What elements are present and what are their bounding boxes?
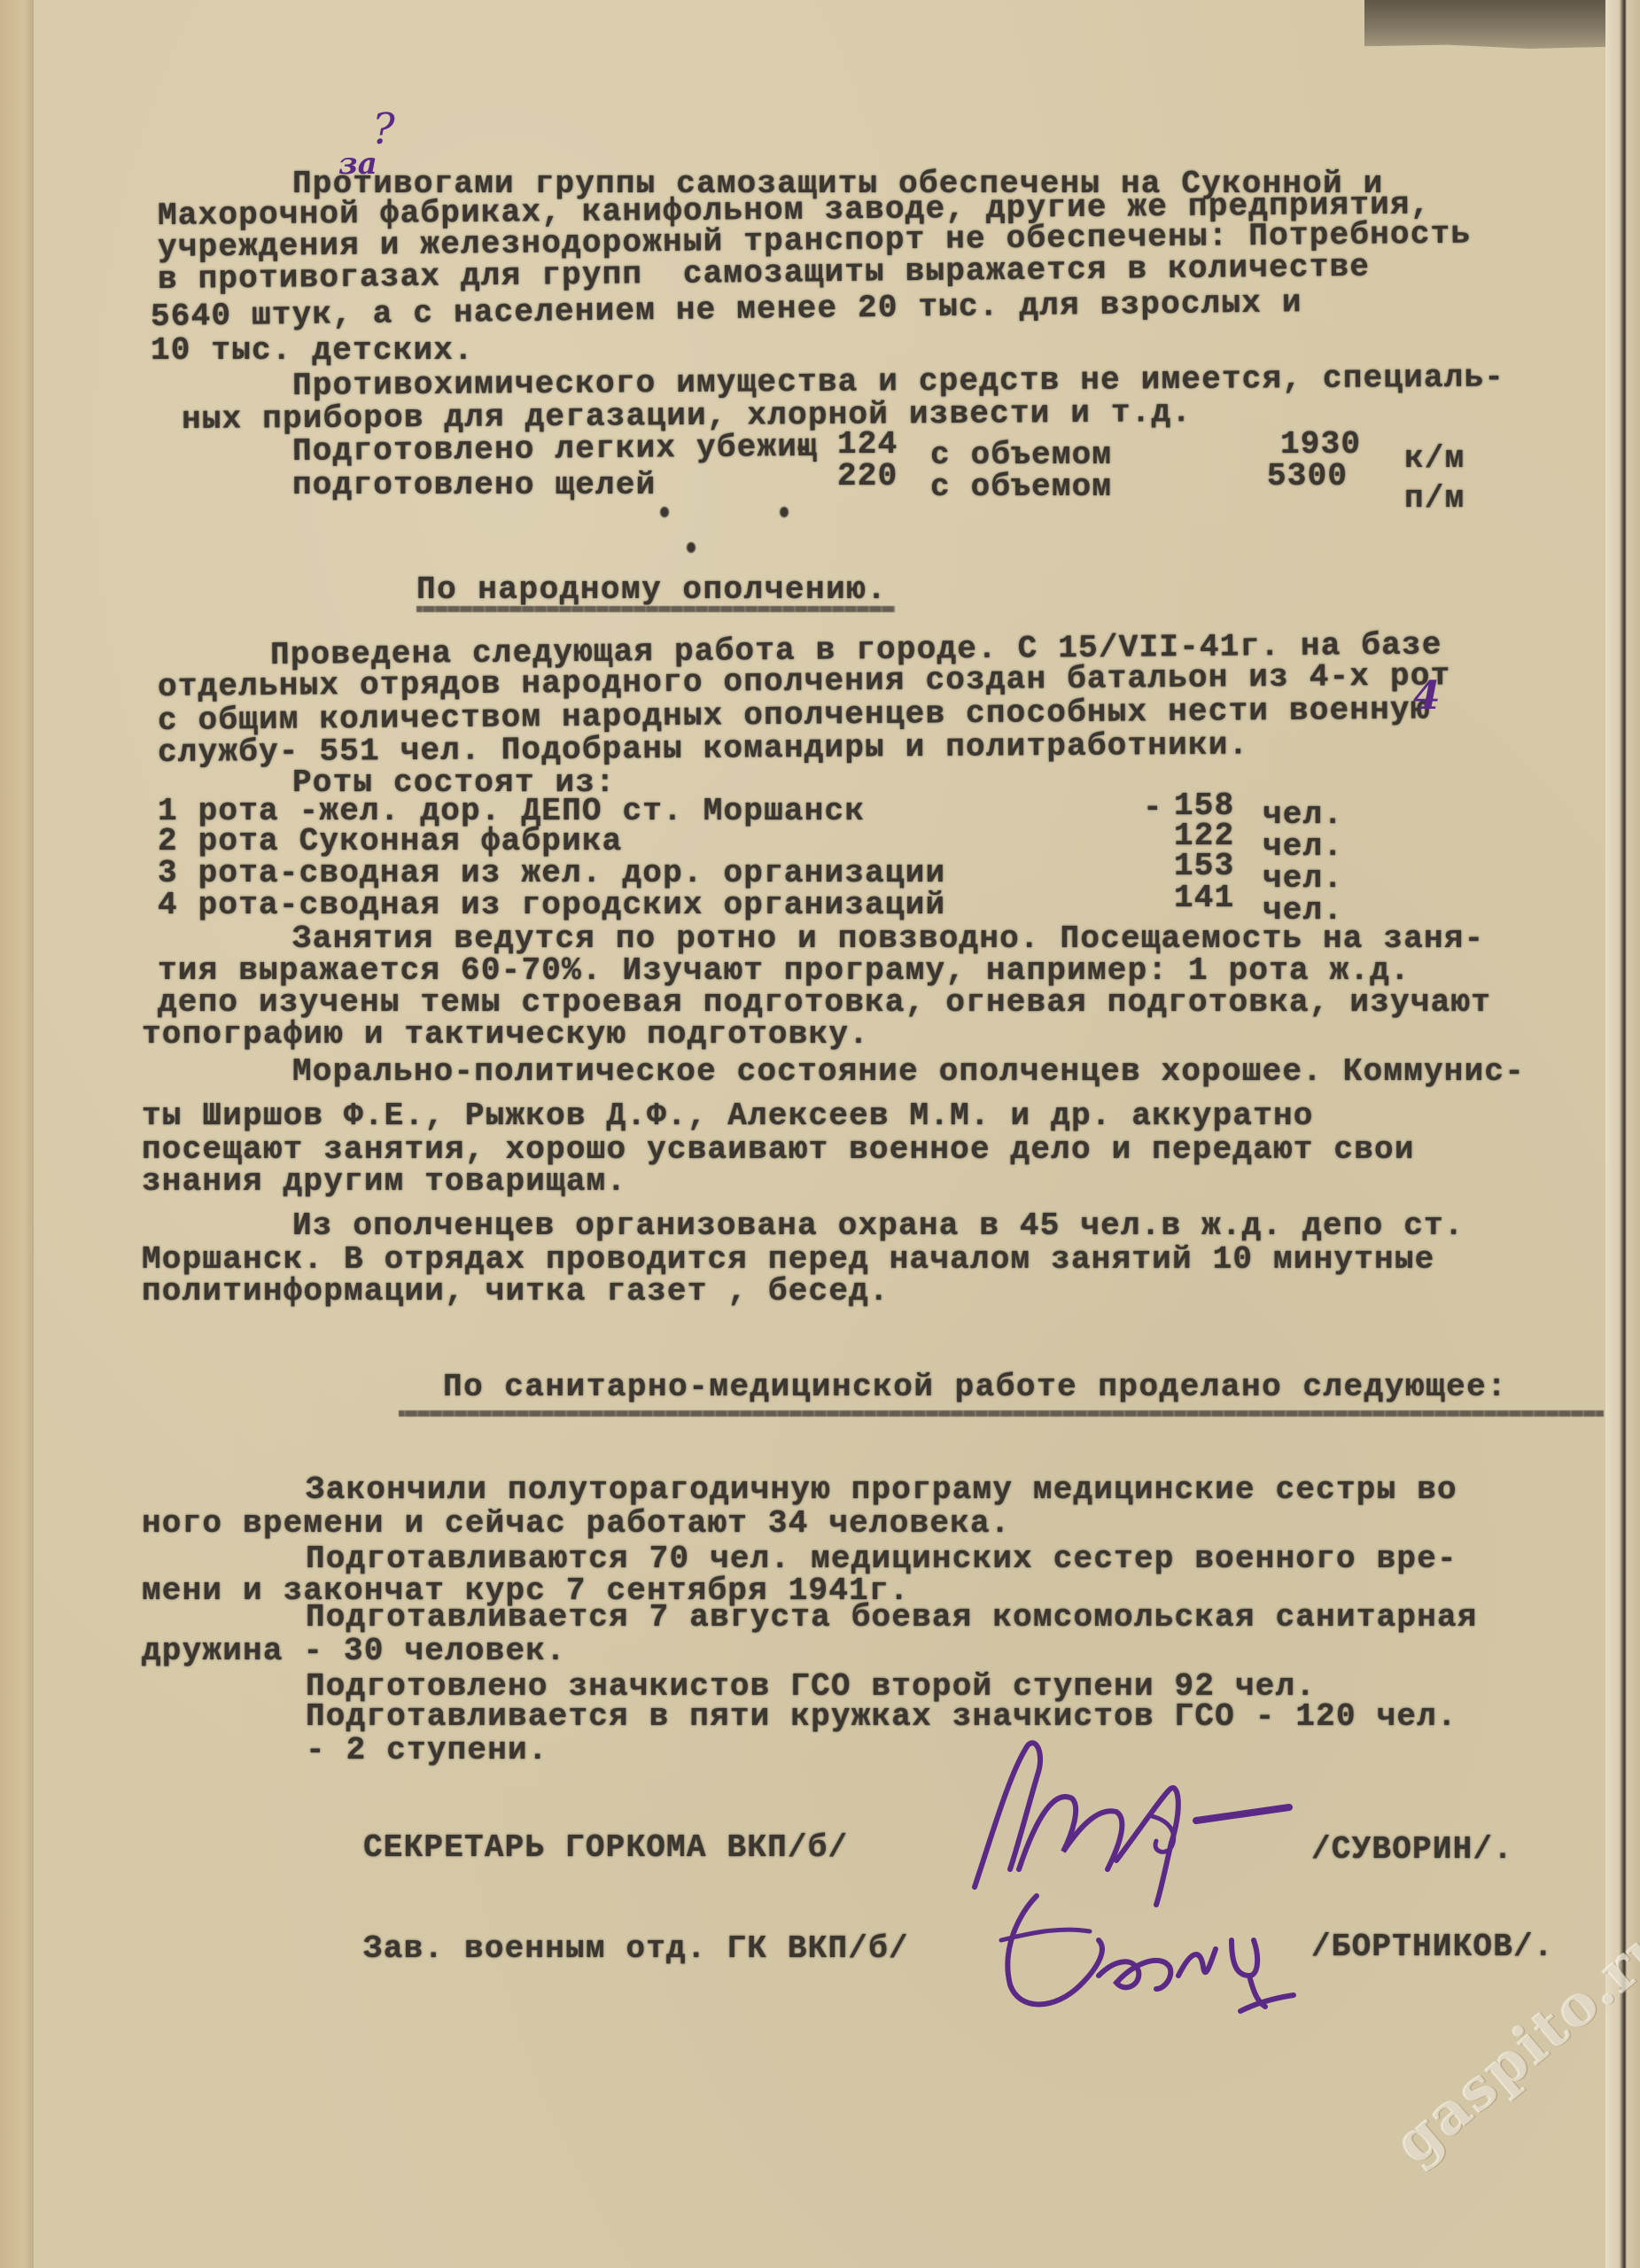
shelter-count: 124 — [837, 429, 898, 461]
shelter-unit: к/м — [1404, 443, 1465, 475]
text-line: Подготавливается 7 августа боевая комсом… — [306, 1602, 1478, 1634]
company-unit: чел. — [1263, 799, 1343, 831]
heading-underline — [399, 1410, 1604, 1417]
separator-dot — [780, 507, 789, 517]
text-line: политинформации, читка газет , бесед. — [142, 1276, 890, 1308]
signatory-name: /СУВОРИН/. — [1311, 1834, 1513, 1866]
shelter-volume: 1930 — [1280, 429, 1361, 461]
text-line: Закончили полуторагодичную програму меди… — [306, 1474, 1457, 1506]
text-line: 10 тыс. детских. — [151, 335, 474, 367]
company-count: 153 — [1174, 850, 1234, 882]
heading-underline — [416, 606, 895, 612]
text-line: дружина - 30 человек. — [142, 1635, 566, 1667]
signatory-title: Зав. военным отд. ГК ВКП/б/ — [363, 1933, 909, 1965]
company-name: 4 рота-сводная из городских организаций — [158, 889, 945, 921]
text-line: ты Ширшов Ф.Е., Рыжков Д.Ф., Алексеев М.… — [142, 1100, 1314, 1132]
text-line: знания другим товарищам. — [142, 1166, 626, 1198]
company-name: 2 рота Суконная фабрика — [158, 826, 622, 858]
section-heading-medical: По санитарно-медицинской работе проделан… — [443, 1371, 1507, 1403]
shelter-unit: п/м — [1404, 483, 1465, 515]
company-dash: - — [1143, 792, 1163, 824]
text-line: Подготавливается в пяти кружках значкист… — [306, 1701, 1457, 1733]
text-line: тия выражается 60-70%. Изучают програму,… — [158, 955, 1411, 987]
handwritten-signature-bortnikov — [983, 1878, 1320, 2024]
handwritten-digit-mark: 4 — [1413, 673, 1441, 718]
company-unit: чел. — [1263, 863, 1343, 895]
text-line: службу- 551 чел. Подобраны командиры и п… — [158, 729, 1249, 769]
signatory-name: /БОРТНИКОВ/. — [1311, 1931, 1554, 1963]
adjacent-page-edge — [0, 0, 35, 2268]
text-line: Подготавливаются 70 чел. медицинских сес… — [306, 1543, 1457, 1575]
shelter-count: 220 — [837, 461, 898, 493]
text-line: ного времени и сейчас работают 34 челове… — [142, 1508, 1011, 1540]
signatory-title: СЕКРЕТАРЬ ГОРКОМА ВКП/б/ — [363, 1832, 848, 1864]
text-line: депо изучены темы строевая подготовка, о… — [158, 987, 1491, 1019]
shelter-label: подготовлено щелей — [292, 470, 656, 501]
company-name: 3 рота-сводная из жел. дор. организации — [158, 858, 945, 889]
text-line: - 2 ступени. — [306, 1735, 548, 1767]
binding-edge — [1364, 0, 1640, 49]
section-heading-militia: По народному ополчению. — [416, 574, 887, 606]
company-count: 141 — [1174, 882, 1234, 914]
company-unit: чел. — [1263, 831, 1343, 863]
text-line: Моршанск. В отрядах проводится перед нач… — [142, 1244, 1434, 1276]
separator-dot — [660, 507, 669, 517]
text-line: посещают занятия, хорошо усваивают военн… — [142, 1134, 1415, 1166]
text-line: Из ополченцев организована охрана в 45 ч… — [292, 1210, 1465, 1242]
shelter-volume-label: с объемом — [930, 471, 1112, 503]
shelter-volume: 5300 — [1267, 461, 1348, 493]
separator-dot — [687, 542, 696, 553]
shelter-dash: - — [793, 432, 813, 464]
text-line: топографию и тактическую подготовку. — [142, 1019, 869, 1051]
shelter-volume-label: с объемом — [930, 439, 1112, 471]
shelter-label: Подготовлено легких убежищ — [292, 431, 818, 468]
text-line: Морально-политическое состояние ополченц… — [292, 1056, 1525, 1088]
text-line: Занятия ведутся по ротно и повзводно. По… — [292, 923, 1484, 955]
